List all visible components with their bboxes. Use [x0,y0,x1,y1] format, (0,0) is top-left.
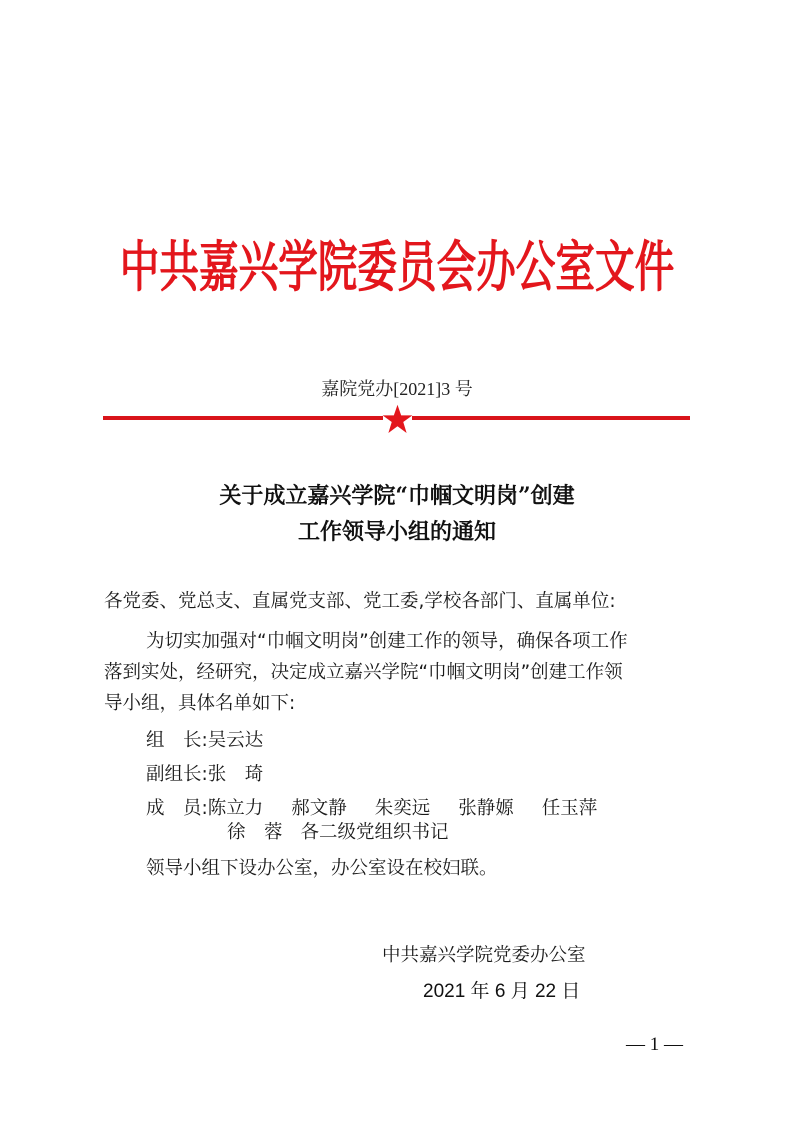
separator-line-right [412,416,690,420]
star-icon [382,404,413,434]
notice-title-line-1: 关于成立嘉兴学院“巾帼文明岗”创建 [0,478,794,514]
member-name: 各二级党组织书记 [301,822,449,843]
office-note: 领导小组下设办公室，办公室设在校妇联。 [146,852,498,885]
leader-row: 组 长:吴云达 [146,724,263,757]
body-paragraph-line-3: 导小组，具体名单如下: [104,687,295,720]
leader-label: 组 长: [146,730,208,751]
notice-title-line-2: 工作领导小组的通知 [0,514,794,550]
issuer-signature: 中共嘉兴学院党委办公室 [382,941,586,967]
members-label: 成 员: [146,798,208,819]
deputy-leader-row: 副组长:张 琦 [146,758,263,791]
issue-date: 2021 年 6 月 22 日 [423,976,580,1003]
document-masthead: 中共嘉兴学院委员会办公室文件 [0,232,794,302]
body-paragraph-line-1: 为切实加强对“巾帼文明岗”创建工作的领导，确保各项工作 [146,625,628,658]
deputy-label: 副组长: [146,764,208,785]
addressee-line: 各党委、党总支、直属党支部、党工委,学校各部门、直属单位: [104,585,616,618]
body-paragraph-line-2: 落到实处，经研究，决定成立嘉兴学院“巾帼文明岗”创建工作领 [104,656,623,689]
members-row-continued: 徐 蓉各二级党组织书记 [227,816,449,849]
leader-name: 吴云达 [208,730,264,751]
separator-line-left [103,416,383,420]
member-name: 张静嫄 [458,798,514,819]
page-number: — 1 — [626,1034,683,1056]
member-name: 任玉萍 [542,798,598,819]
member-name: 徐 蓉 [227,822,283,843]
deputy-name: 张 琦 [208,764,264,785]
document-number: 嘉院党办[2021]3 号 [0,376,794,402]
masthead-title: 中共嘉兴学院委员会办公室文件 [120,232,674,302]
